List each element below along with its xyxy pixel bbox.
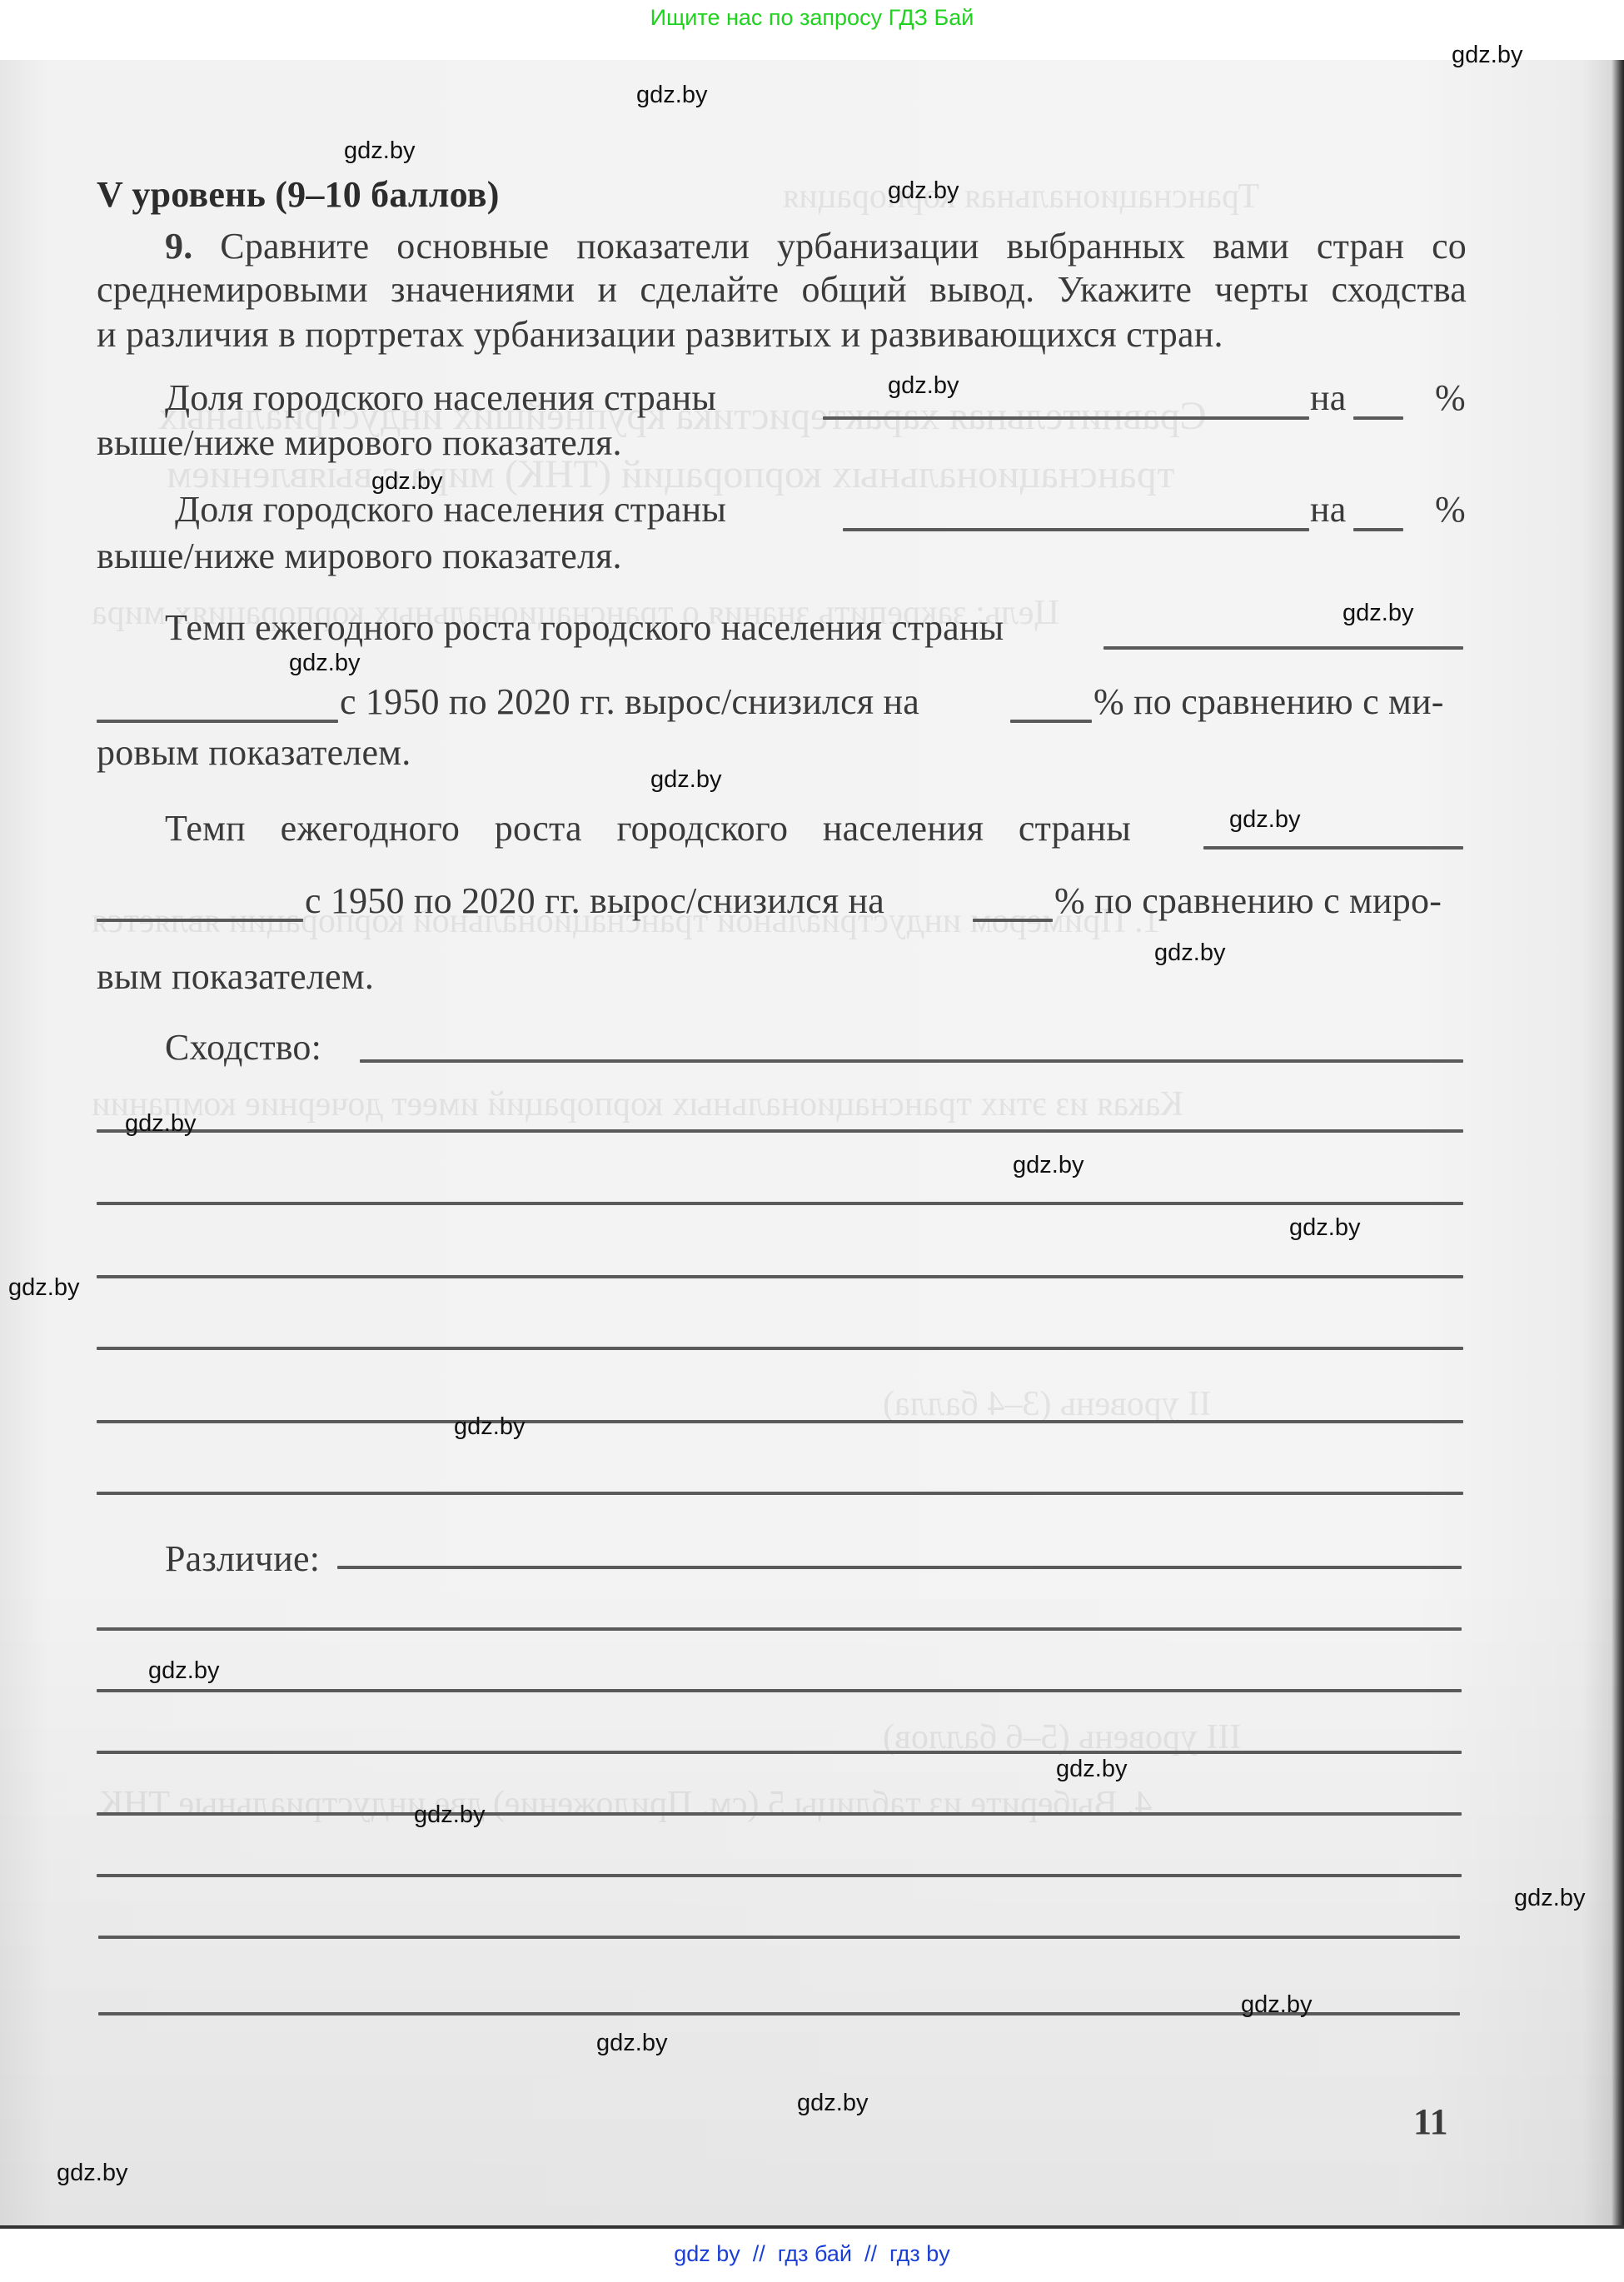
watermark: gdz.by: [1056, 1756, 1127, 1783]
watermark: gdz.by: [888, 177, 959, 205]
rate-1-country-blank-cont[interactable]: [97, 720, 338, 723]
footer-links[interactable]: gdz by // гдз бай // гдз by: [0, 2237, 1624, 2270]
show-through-text: II уровень (3–4 балла): [883, 1384, 1211, 1424]
watermark: gdz.by: [8, 1274, 79, 1302]
watermark: gdz.by: [596, 2030, 667, 2057]
watermark: gdz.by: [57, 2160, 127, 2187]
rate-2-line-b: с 1950 по 2020 гг. вырос/снизился на: [305, 879, 884, 923]
similarity-answer-line-7[interactable]: [97, 1492, 1463, 1495]
rate-1-country-blank[interactable]: [1103, 646, 1463, 650]
difference-answer-line-4[interactable]: [97, 1751, 1462, 1754]
share-1-value-blank[interactable]: [1353, 416, 1403, 420]
similarity-answer-line-6[interactable]: [97, 1420, 1463, 1423]
share-1-pct: %: [1435, 376, 1466, 420]
watermark: gdz.by: [1343, 600, 1413, 627]
task-line-1: 9. Сравните основные показатели урбаниза…: [97, 225, 1467, 268]
share-1-line-b: выше/ниже мирового показателя.: [97, 421, 622, 465]
show-through-text: 4. Выберите из таблицы 5 (см. Приложение…: [100, 1784, 1153, 1824]
difference-answer-line-7[interactable]: [98, 1936, 1460, 1939]
task-line-3: и различия в портретах урбанизации разви…: [97, 313, 1223, 356]
section-heading: V уровень (9–10 баллов): [97, 173, 500, 217]
rate-1-line-a: Темп ежегодного роста городского населен…: [165, 606, 1004, 650]
watermark: gdz.by: [1229, 806, 1300, 834]
similarity-label: Сходство:: [165, 1026, 321, 1069]
watermark: gdz.by: [650, 766, 721, 794]
similarity-answer-line-5[interactable]: [97, 1347, 1463, 1350]
rate-1-line-d: ровым показателем.: [97, 731, 411, 775]
similarity-answer-line-2[interactable]: [97, 1129, 1463, 1133]
rate-2-value-blank[interactable]: [973, 919, 1053, 922]
share-2-country-blank[interactable]: [843, 528, 1309, 531]
similarity-answer-line-4[interactable]: [97, 1275, 1463, 1278]
watermark: gdz.by: [888, 372, 959, 400]
difference-answer-line-2[interactable]: [97, 1627, 1462, 1631]
difference-label: Различие:: [165, 1537, 320, 1581]
share-2-line-a: Доля городского населения страны: [175, 488, 726, 531]
watermark: gdz.by: [1452, 42, 1522, 69]
rate-1-value-blank[interactable]: [1010, 720, 1092, 723]
watermark: gdz.by: [1241, 1991, 1312, 2019]
show-through-text: Транснациональная корпорация: [783, 177, 1259, 217]
share-2-line-b: выше/ниже мирового показателя.: [97, 535, 622, 578]
rate-2-line-a: Темп ежегодного роста городского населен…: [165, 807, 1131, 850]
share-2-value-blank[interactable]: [1353, 528, 1403, 531]
watermark: gdz.by: [454, 1413, 525, 1441]
difference-answer-line-1[interactable]: [337, 1566, 1462, 1569]
watermark: gdz.by: [1013, 1152, 1083, 1179]
footer-text[interactable]: gdz by // гдз бай // гдз by: [674, 2241, 950, 2266]
page-number: 11: [1413, 2100, 1448, 2143]
task-number: 9.: [165, 226, 192, 267]
watermark: gdz.by: [344, 137, 415, 165]
share-2-pct: %: [1435, 488, 1466, 531]
watermark: gdz.by: [125, 1110, 196, 1138]
share-1-line-a: Доля городского населения страны: [165, 376, 716, 420]
rate-2-country-blank[interactable]: [1203, 846, 1463, 850]
rate-1-line-c: % по сравнению с ми-: [1093, 680, 1444, 724]
similarity-answer-line-3[interactable]: [97, 1202, 1463, 1205]
difference-answer-line-3[interactable]: [97, 1689, 1462, 1692]
watermark: gdz.by: [414, 1801, 485, 1829]
watermark: gdz.by: [1154, 939, 1225, 967]
share-1-na: на: [1310, 376, 1346, 420]
banner-text: Ищите нас по запросу ГДЗ Бай: [650, 5, 974, 30]
similarity-answer-line-1[interactable]: [360, 1059, 1463, 1063]
watermark: gdz.by: [636, 82, 707, 109]
search-banner[interactable]: Ищите нас по запросу ГДЗ Бай: [0, 0, 1624, 58]
share-1-country-blank[interactable]: [823, 416, 1309, 420]
rate-1-line-b: с 1950 по 2020 гг. вырос/снизился на: [340, 680, 919, 724]
rate-2-line-c: % по сравнению с миро-: [1054, 879, 1442, 923]
watermark: gdz.by: [1289, 1214, 1360, 1242]
watermark: gdz.by: [1514, 1885, 1585, 1912]
difference-answer-line-5[interactable]: [97, 1812, 1462, 1816]
task-line-2: среднемировыми значениями и сделайте общ…: [97, 268, 1467, 311]
watermark: gdz.by: [289, 650, 360, 677]
watermark: gdz.by: [148, 1657, 219, 1685]
show-through-text: Какая из этих транснациональных корпорац…: [92, 1084, 1183, 1124]
share-2-na: на: [1310, 488, 1346, 531]
page-edge: [0, 2225, 1624, 2229]
difference-answer-line-6[interactable]: [97, 1874, 1462, 1877]
watermark: gdz.by: [797, 2090, 868, 2117]
rate-2-country-blank-cont[interactable]: [97, 919, 303, 922]
rate-2-line-d: вым показателем.: [97, 955, 374, 999]
watermark: gdz.by: [371, 468, 442, 496]
